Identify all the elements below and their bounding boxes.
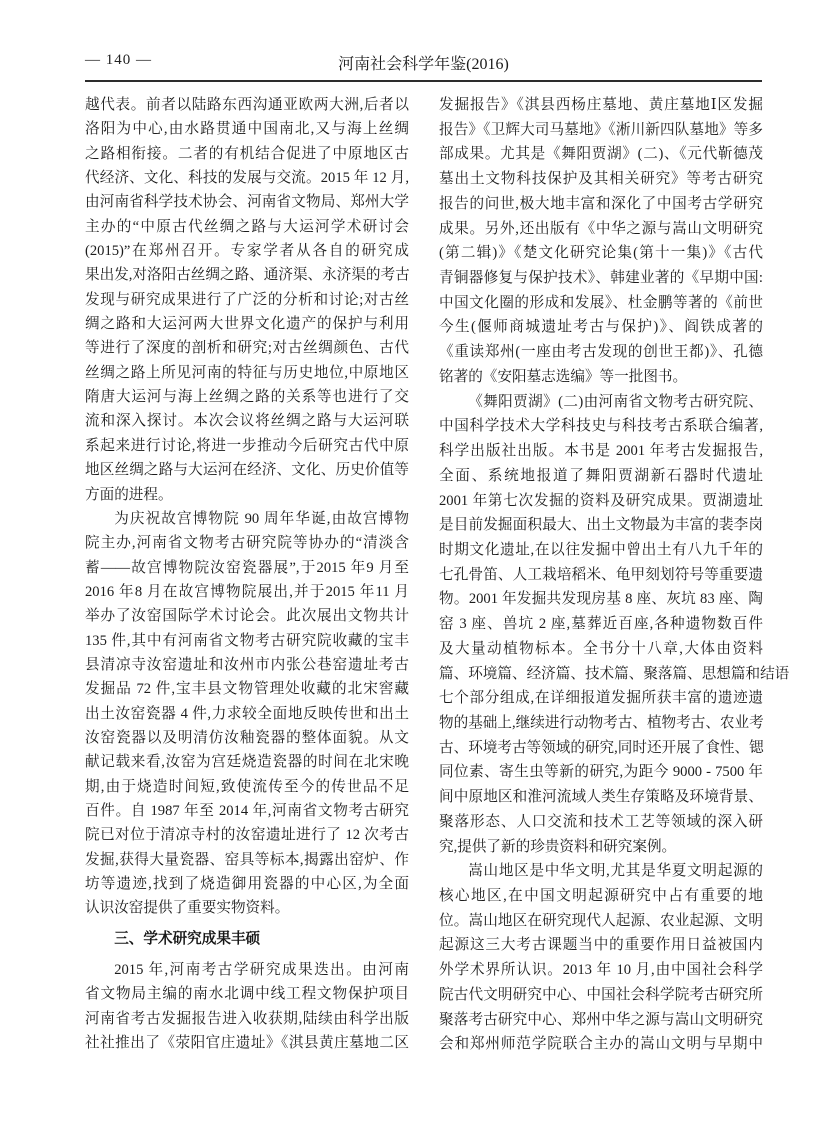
- body-text-line: 出土汝窑瓷器 4 件,力求较全面地反映传世和出土: [85, 702, 409, 726]
- body-text-line: 部成果。尤其是《舞阳贾湖》(二)、《元代靳德茂: [439, 142, 763, 167]
- body-text-line: 地区丝绸之路与大运河在经济、文化、历史价值等: [85, 458, 409, 482]
- journal-title: 河南社会科学年鉴(2016): [338, 51, 509, 74]
- body-text-line: 起源这三大考古课题当中的重要作用日益被国内: [439, 933, 763, 958]
- body-text-line: 位。嵩山地区在研究现代人起源、农业起源、文明: [439, 909, 763, 934]
- body-text-line: 蓄——故宫博物院汝窑瓷器展”,于2015 年9 月至: [85, 556, 409, 580]
- body-text-line: 认识汝窑提供了重要实物资料。: [85, 896, 409, 920]
- body-text-line: 墓出土文物科技保护及其相关研究》等考古研究: [439, 167, 763, 192]
- body-text-line: 院已对位于清凉寺村的汝窑遗址进行了 12 次考古: [85, 823, 409, 847]
- body-text-line: 越代表。前者以陆路东西沟通亚欧两大洲,后者以: [85, 93, 409, 117]
- body-text-line: 物的基础上,继续进行动物考古、植物考古、农业考: [439, 711, 763, 736]
- body-text-line: 主办的“中原古代丝绸之路与大运河学术研讨会: [85, 215, 409, 239]
- body-text-line: 汝窑瓷器以及明清仿汝釉瓷器的整体面貌。从文: [85, 726, 409, 750]
- body-text-line: 丝绸之路上所见河南的特征与历史地位,中原地区: [85, 361, 409, 385]
- body-text-line: 社社推出了《荥阳官庄遗址》《淇县黄庄墓地二区: [85, 1031, 409, 1055]
- body-text-line: 2016 年8 月在故宫博物院展出,并于2015 年11 月: [85, 580, 409, 604]
- body-text-line: 发现与研究成果进行了广泛的分析和讨论;对古丝: [85, 288, 409, 312]
- body-text-line: 百件。自 1987 年至 2014 年,河南省文物考古研究: [85, 799, 409, 823]
- body-text-line: 会和郑州师范学院联合主办的嵩山文明与早期中: [439, 1032, 763, 1057]
- body-text-line: 献记载来看,汝窑为宫廷烧造瓷器的时间在北宋晚: [85, 750, 409, 774]
- body-text-line: 中国科学技术大学科技史与科技考古系联合编著,: [439, 414, 763, 439]
- body-text-line: 时期文化遗址,在以往发掘中曾出土有八九千年的: [439, 538, 763, 563]
- body-text-line: 流和深入探讨。本次会议将丝绸之路与大运河联: [85, 409, 409, 433]
- body-text-line: 洛阳为中心,由水路贯通中国南北,又与海上丝绸: [85, 117, 409, 141]
- body-text-line: 嵩山地区是中华文明,尤其是华夏文明起源的: [439, 859, 763, 884]
- body-text-line: 报告》《卫辉大司马墓地》《淅川新四队墓地》等多: [439, 118, 763, 143]
- body-text-line: 坊等遗迹,找到了烧造御用瓷器的中心区,为全面: [85, 872, 409, 896]
- body-text-line: 今生(偃师商城遗址考古与保护)》、阎铁成著的: [439, 315, 763, 340]
- body-text-line: 系起来进行讨论,将进一步推动今后研究古代中原: [85, 434, 409, 458]
- body-text-line: 隋唐大运河与海上丝绸之路的关系等也进行了交: [85, 385, 409, 409]
- body-text-line: 之路相衔接。二者的有机结合促进了中原地区古: [85, 142, 409, 166]
- left-column: 越代表。前者以陆路东西沟通亚欧两大洲,后者以洛阳为中心,由水路贯通中国南北,又与…: [85, 93, 409, 1057]
- scanned-page: — 140 — 河南社会科学年鉴(2016) 越代表。前者以陆路东西沟通亚欧两大…: [0, 0, 839, 1135]
- body-text-line: 举办了汝窑国际学术讨论会。此次展出文物共计: [85, 604, 409, 628]
- body-text-line: 由河南省科学技术协会、河南省文物局、郑州大学: [85, 190, 409, 214]
- body-text-line: 绸之路和大运河两大世界文化遗产的保护与利用: [85, 312, 409, 336]
- body-text-line: 聚落形态、人口交流和技术工艺等领域的深入研: [439, 810, 763, 835]
- section-heading: 三、学术研究成果丰硕: [85, 927, 409, 951]
- body-text-line: 果出发,对洛阳古丝绸之路、通济渠、永济渠的考古: [85, 263, 409, 287]
- body-text-line: 核心地区,在中国文明起源研究中占有重要的地: [439, 884, 763, 909]
- body-text-line: 科学出版社出版。本书是 2001 年考古发掘报告,: [439, 439, 763, 464]
- body-text-line: 物。2001 年发掘共发现房基 8 座、灰坑 83 座、陶: [439, 587, 763, 612]
- body-text-line: 中国文化圈的形成和发展》、杜金鹏等著的《前世: [439, 291, 763, 316]
- body-text-line: 古、环境考古等领域的研究,同时还开展了食性、锶: [439, 736, 763, 761]
- body-text-line: 等进行了深度的剖析和研究;对古丝绸颜色、古代: [85, 336, 409, 360]
- body-text-line: 期,由于烧造时间短,致使流传至今的传世品不足: [85, 775, 409, 799]
- right-column: 发掘报告》《淇县西杨庄墓地、黄庄墓地Ⅰ区发掘报告》《卫辉大司马墓地》《淅川新四队…: [439, 93, 763, 1057]
- body-text-line: 代经济、文化、科技的发展与交流。2015 年 12 月,: [85, 166, 409, 190]
- body-text-line: 2015 年,河南考古学研究成果迭出。由河南: [85, 958, 409, 982]
- page-header: — 140 — 河南社会科学年鉴(2016): [85, 0, 762, 74]
- body-text-line: 2001 年第七次发掘的资料及研究成果。贾湖遗址: [439, 489, 763, 514]
- body-text-line: 七孔骨笛、人工栽培稻米、龟甲刻划符号等重要遗: [439, 563, 763, 588]
- body-text-line: 聚落考古研究中心、郑州中华之源与嵩山文明研究: [439, 1008, 763, 1033]
- body-text-line: 《舞阳贾湖》(二)由河南省文物考古研究院、: [439, 390, 763, 415]
- body-text-line: 135 件,其中有河南省文物考古研究院收藏的宝丰: [85, 629, 409, 653]
- body-text-line: 究,提供了新的珍贵资料和研究案例。: [439, 835, 763, 860]
- body-text-line: 外学术界所认识。2013 年 10 月,由中国社会科学: [439, 958, 763, 983]
- body-text-line: 发掘品 72 件,宝丰县文物管理处收藏的北宋窖藏: [85, 677, 409, 701]
- page-content: — 140 — 河南社会科学年鉴(2016) 越代表。前者以陆路东西沟通亚欧两大…: [85, 0, 762, 1057]
- body-text-line: 是目前发掘面积最大、出土文物最为丰富的裴李岗: [439, 513, 763, 538]
- body-text-line: 发掘,获得大量瓷器、窑具等标本,揭露出窑炉、作: [85, 848, 409, 872]
- body-text-line: 为庆祝故宫博物院 90 周年华诞,由故宫博物: [85, 507, 409, 531]
- body-text-line: 青铜器修复与保护技术》、韩建业著的《早期中国:: [439, 266, 763, 291]
- body-text-line: 河南省考古发掘报告进入收获期,陆续由科学出版: [85, 1007, 409, 1031]
- body-text-line: 报告的问世,极大地丰富和深化了中国考古学研究: [439, 192, 763, 217]
- body-text-line: (2015)”在郑州召开。专家学者从各自的研究成: [85, 239, 409, 263]
- body-text-line: 院古代文明研究中心、中国社会科学院考古研究所: [439, 983, 763, 1008]
- body-text-line: 铭著的《安阳墓志选编》等一批图书。: [439, 365, 763, 390]
- body-text-line: 院主办,河南省文物考古研究院等协办的“清淡含: [85, 531, 409, 555]
- body-text-line: 及大量动植物标本。全书分十八章,大体由资料: [439, 637, 763, 662]
- body-text-line: 成果。另外,还出版有《中华之源与嵩山文明研究: [439, 217, 763, 242]
- body-text-line: 发掘报告》《淇县西杨庄墓地、黄庄墓地Ⅰ区发掘: [439, 93, 763, 118]
- body-text-line: 窑 3 座、兽坑 2 座,墓葬近百座,各种遗物数百件: [439, 612, 763, 637]
- body-text-line: 同位素、寄生虫等新的研究,为距今 9000 - 7500 年: [439, 760, 763, 785]
- body-text-line: 间中原地区和淮河流域人类生存策略及环境背景、: [439, 785, 763, 810]
- body-text-line: 省文物局主编的南水北调中线工程文物保护项目: [85, 982, 409, 1006]
- page-number: — 140 —: [85, 52, 152, 69]
- body-text-line: 全面、系统地报道了舞阳贾湖新石器时代遗址: [439, 464, 763, 489]
- body-text-line: 七个部分组成,在详细报道发掘所获丰富的遗迹遗: [439, 686, 763, 711]
- body-text-line: (第二辑)》《楚文化研究论集(第十一集)》《古代: [439, 241, 763, 266]
- body-text-line: 县清凉寺汝窑遗址和汝州市内张公巷窑遗址考古: [85, 653, 409, 677]
- text-columns: 越代表。前者以陆路东西沟通亚欧两大洲,后者以洛阳为中心,由水路贯通中国南北,又与…: [85, 82, 762, 1057]
- body-text-line: 篇、环境篇、经济篇、技术篇、聚落篇、思想篇和结语: [439, 662, 763, 687]
- body-text-line: 方面的进程。: [85, 483, 409, 507]
- body-text-line: 《重读郑州(一座由考古发现的创世王都)》、孔德: [439, 340, 763, 365]
